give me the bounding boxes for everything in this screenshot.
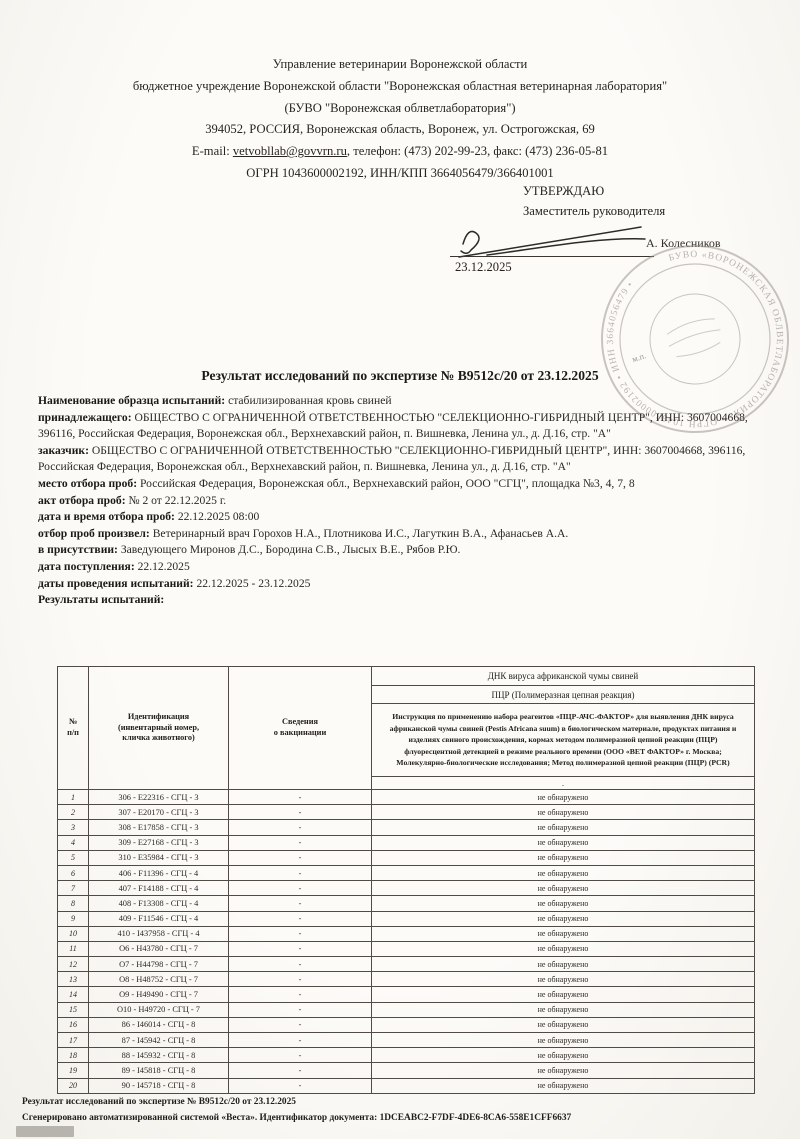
- row-result: не обнаружено: [372, 881, 755, 896]
- table-row: 11О6 - Н43780 - СГЦ - 7-не обнаружено: [58, 941, 755, 956]
- row-identification: 310 - E35984 - СГЦ - 3: [89, 850, 229, 865]
- org-address: 394052, РОССИЯ, Воронежская область, Вор…: [30, 119, 770, 141]
- table-row: 3308 - E17858 - СГЦ - 3-не обнаружено: [58, 820, 755, 835]
- row-number: 20: [58, 1078, 89, 1093]
- scan-artifact: [16, 1126, 74, 1137]
- row-number: 17: [58, 1033, 89, 1048]
- field-sampling-place: место отбора проб: Российская Федерация,…: [38, 476, 764, 493]
- table-row: 1686 - I46014 - СГЦ - 8-не обнаружено: [58, 1017, 755, 1032]
- phone-fax: , телефон: (473) 202-99-23, факс: (473) …: [347, 144, 608, 158]
- col-header-sub: .: [372, 777, 755, 790]
- field-label: дата поступления:: [38, 560, 135, 573]
- row-number: 10: [58, 926, 89, 941]
- col-header-identification: Идентификация (инвентарный номер, кличка…: [89, 667, 229, 790]
- row-vaccination: -: [229, 1078, 372, 1093]
- row-number: 18: [58, 1048, 89, 1063]
- field-value: 22.12.2025 - 23.12.2025: [196, 577, 310, 590]
- col-header-method: ПЦР (Полимеразная цепная реакция): [372, 686, 755, 704]
- row-number: 19: [58, 1063, 89, 1078]
- row-vaccination: -: [229, 957, 372, 972]
- approval-date: 23.12.2025: [455, 260, 512, 275]
- table-row: 6406 - F11396 - СГЦ - 4-не обнаружено: [58, 865, 755, 880]
- table-row: 13О8 - Н48752 - СГЦ - 7-не обнаружено: [58, 972, 755, 987]
- field-value: ОБЩЕСТВО С ОГРАНИЧЕННОЙ ОТВЕТСТВЕННОСТЬЮ…: [38, 411, 748, 441]
- field-label: акт отбора проб:: [38, 494, 126, 507]
- sample-info: Наименование образца испытаний: стабилиз…: [38, 393, 764, 609]
- row-identification: 307 - E20170 - СГЦ - 3: [89, 805, 229, 820]
- field-label: Наименование образца испытаний:: [38, 394, 225, 407]
- row-identification: 88 - I45932 - СГЦ - 8: [89, 1048, 229, 1063]
- document-title: Результат исследований по экспертизе № B…: [20, 368, 780, 384]
- row-vaccination: -: [229, 896, 372, 911]
- row-identification: 306 - E22316 - СГЦ - 3: [89, 790, 229, 805]
- row-number: 16: [58, 1017, 89, 1032]
- stamp-mp-label: м.п.: [631, 350, 648, 364]
- row-number: 1: [58, 790, 89, 805]
- table-row: 1888 - I45932 - СГЦ - 8-не обнаружено: [58, 1048, 755, 1063]
- row-vaccination: -: [229, 926, 372, 941]
- row-result: не обнаружено: [372, 896, 755, 911]
- row-identification: 90 - I45718 - СГЦ - 8: [89, 1078, 229, 1093]
- row-result: не обнаружено: [372, 972, 755, 987]
- field-sampling-act: акт отбора проб: № 2 от 22.12.2025 г.: [38, 493, 764, 510]
- row-result: не обнаружено: [372, 1048, 755, 1063]
- row-number: 4: [58, 835, 89, 850]
- field-witnesses: в присутствии: Заведующего Миронов Д.С.,…: [38, 542, 764, 559]
- org-name: бюджетное учреждение Воронежской области…: [30, 76, 770, 98]
- table-row: 14О9 - Н49490 - СГЦ - 7-не обнаружено: [58, 987, 755, 1002]
- table-row: 9409 - F11546 - СГЦ - 4-не обнаружено: [58, 911, 755, 926]
- org-authority: Управление ветеринарии Воронежской облас…: [30, 54, 770, 76]
- results-table-body: 1306 - E22316 - СГЦ - 3-не обнаружено230…: [58, 790, 755, 1094]
- row-vaccination: -: [229, 865, 372, 880]
- row-identification: 408 - F13308 - СГЦ - 4: [89, 896, 229, 911]
- email-label: E-mail:: [192, 144, 233, 158]
- footer-expertise-line: Результат исследований по экспертизе № B…: [22, 1095, 571, 1111]
- field-value: 22.12.2025 08:00: [178, 510, 259, 523]
- table-row: 10410 - I437958 - СГЦ - 4-не обнаружено: [58, 926, 755, 941]
- row-result: не обнаружено: [372, 805, 755, 820]
- row-number: 12: [58, 957, 89, 972]
- row-number: 13: [58, 972, 89, 987]
- row-identification: О9 - Н49490 - СГЦ - 7: [89, 987, 229, 1002]
- row-number: 2: [58, 805, 89, 820]
- table-row: 7407 - F14188 - СГЦ - 4-не обнаружено: [58, 881, 755, 896]
- row-number: 5: [58, 850, 89, 865]
- row-vaccination: -: [229, 972, 372, 987]
- field-owner: принадлежащего: ОБЩЕСТВО С ОГРАНИЧЕННОЙ …: [38, 410, 764, 443]
- row-vaccination: -: [229, 1048, 372, 1063]
- field-sampled-by: отбор проб произвел: Ветеринарный врач Г…: [38, 526, 764, 543]
- field-value: 22.12.2025: [138, 560, 190, 573]
- row-vaccination: -: [229, 881, 372, 896]
- row-vaccination: -: [229, 835, 372, 850]
- row-result: не обнаружено: [372, 850, 755, 865]
- row-vaccination: -: [229, 1033, 372, 1048]
- col-header-instruction: Инструкция по применению набора реагенто…: [372, 704, 755, 777]
- table-row: 12О7 - Н44798 - СГЦ - 7-не обнаружено: [58, 957, 755, 972]
- row-number: 7: [58, 881, 89, 896]
- letterhead: Управление ветеринарии Воронежской облас…: [30, 54, 770, 185]
- table-row: 1989 - I45818 - СГЦ - 8-не обнаружено: [58, 1063, 755, 1078]
- table-row: 15О10 - Н49720 - СГЦ - 7-не обнаружено: [58, 1002, 755, 1017]
- field-value: Ветеринарный врач Горохов Н.А., Плотнико…: [153, 527, 569, 540]
- row-identification: 87 - I45942 - СГЦ - 8: [89, 1033, 229, 1048]
- row-result: не обнаружено: [372, 1033, 755, 1048]
- table-row: 5310 - E35984 - СГЦ - 3-не обнаружено: [58, 850, 755, 865]
- row-result: не обнаружено: [372, 820, 755, 835]
- row-number: 8: [58, 896, 89, 911]
- field-value: № 2 от 22.12.2025 г.: [128, 494, 226, 507]
- results-caption: Результаты испытаний:: [38, 592, 764, 609]
- row-result: не обнаружено: [372, 835, 755, 850]
- col-header-number: № п/п: [58, 667, 89, 790]
- row-vaccination: -: [229, 790, 372, 805]
- row-result: не обнаружено: [372, 911, 755, 926]
- row-identification: 89 - I45818 - СГЦ - 8: [89, 1063, 229, 1078]
- field-value: Российская Федерация, Воронежская обл., …: [140, 477, 635, 490]
- row-result: не обнаружено: [372, 1078, 755, 1093]
- field-sampling-datetime: дата и время отбора проб: 22.12.2025 08:…: [38, 509, 764, 526]
- field-sample-name: Наименование образца испытаний: стабилиз…: [38, 393, 764, 410]
- field-label: дата и время отбора проб:: [38, 510, 175, 523]
- row-vaccination: -: [229, 941, 372, 956]
- row-number: 3: [58, 820, 89, 835]
- approval-label: УТВЕРЖДАЮ: [523, 181, 665, 201]
- row-identification: 410 - I437958 - СГЦ - 4: [89, 926, 229, 941]
- row-identification: О8 - Н48752 - СГЦ - 7: [89, 972, 229, 987]
- field-received-date: дата поступления: 22.12.2025: [38, 559, 764, 576]
- row-number: 15: [58, 1002, 89, 1017]
- field-label: место отбора проб:: [38, 477, 137, 490]
- table-row: 4309 - E27168 - СГЦ - 3-не обнаружено: [58, 835, 755, 850]
- row-identification: 86 - I46014 - СГЦ - 8: [89, 1017, 229, 1032]
- field-label: принадлежащего:: [38, 411, 132, 424]
- table-row: 1306 - E22316 - СГЦ - 3-не обнаружено: [58, 790, 755, 805]
- row-result: не обнаружено: [372, 865, 755, 880]
- scanned-document-page: Управление ветеринарии Воронежской облас…: [0, 0, 800, 1139]
- row-result: не обнаружено: [372, 987, 755, 1002]
- field-value: ОБЩЕСТВО С ОГРАНИЧЕННОЙ ОТВЕТСТВЕННОСТЬЮ…: [38, 444, 745, 474]
- row-result: не обнаружено: [372, 1063, 755, 1078]
- row-result: не обнаружено: [372, 941, 755, 956]
- col-header-vaccination: Сведения о вакцинации: [229, 667, 372, 790]
- org-contacts: E-mail: vetvobllab@govvrn.ru, телефон: (…: [30, 141, 770, 163]
- results-table: № п/п Идентификация (инвентарный номер, …: [57, 666, 754, 1094]
- table-row: 2090 - I45718 - СГЦ - 8-не обнаружено: [58, 1078, 755, 1093]
- table-row: 8408 - F13308 - СГЦ - 4-не обнаружено: [58, 896, 755, 911]
- row-vaccination: -: [229, 911, 372, 926]
- row-identification: 406 - F11396 - СГЦ - 4: [89, 865, 229, 880]
- field-value: стабилизированная кровь свиней: [228, 394, 392, 407]
- field-label: даты проведения испытаний:: [38, 577, 194, 590]
- row-vaccination: -: [229, 1017, 372, 1032]
- row-number: 6: [58, 865, 89, 880]
- document-footer: Результат исследований по экспертизе № B…: [22, 1095, 571, 1126]
- row-result: не обнаружено: [372, 790, 755, 805]
- field-value: Заведующего Миронов Д.С., Бородина С.В.,…: [121, 543, 461, 556]
- results-table-grid: № п/п Идентификация (инвентарный номер, …: [57, 666, 755, 1094]
- field-label: отбор проб произвел:: [38, 527, 150, 540]
- document-id: 1DCEABC2-F7DF-4DE6-8CA6-558E1CFF6637: [380, 1113, 572, 1123]
- row-identification: 409 - F11546 - СГЦ - 4: [89, 911, 229, 926]
- field-customer: заказчик: ОБЩЕСТВО С ОГРАНИЧЕННОЙ ОТВЕТС…: [38, 443, 764, 476]
- footer-generated-line: Сгенерировано автоматизированной системо…: [22, 1111, 571, 1127]
- footer-generated-label: Сгенерировано автоматизированной системо…: [22, 1113, 380, 1123]
- row-number: 9: [58, 911, 89, 926]
- row-result: не обнаружено: [372, 957, 755, 972]
- row-identification: О7 - Н44798 - СГЦ - 7: [89, 957, 229, 972]
- row-result: не обнаружено: [372, 1017, 755, 1032]
- email-link: vetvobllab@govvrn.ru: [233, 144, 347, 158]
- row-vaccination: -: [229, 805, 372, 820]
- table-row: 2307 - E20170 - СГЦ - 3-не обнаружено: [58, 805, 755, 820]
- row-identification: О6 - Н43780 - СГЦ - 7: [89, 941, 229, 956]
- field-test-dates: даты проведения испытаний: 22.12.2025 - …: [38, 576, 764, 593]
- row-vaccination: -: [229, 1002, 372, 1017]
- row-vaccination: -: [229, 987, 372, 1002]
- field-label: заказчик:: [38, 444, 89, 457]
- row-number: 11: [58, 941, 89, 956]
- col-header-test-name: ДНК вируса африканской чумы свиней: [372, 667, 755, 686]
- org-short-name: (БУВО "Воронежская облветлаборатория"): [30, 98, 770, 120]
- row-vaccination: -: [229, 820, 372, 835]
- row-identification: О10 - Н49720 - СГЦ - 7: [89, 1002, 229, 1017]
- table-row: 1787 - I45942 - СГЦ - 8-не обнаружено: [58, 1033, 755, 1048]
- row-vaccination: -: [229, 1063, 372, 1078]
- field-label: в присутствии:: [38, 543, 118, 556]
- row-result: не обнаружено: [372, 926, 755, 941]
- row-number: 14: [58, 987, 89, 1002]
- row-identification: 309 - E27168 - СГЦ - 3: [89, 835, 229, 850]
- row-result: не обнаружено: [372, 1002, 755, 1017]
- row-identification: 308 - E17858 - СГЦ - 3: [89, 820, 229, 835]
- row-identification: 407 - F14188 - СГЦ - 4: [89, 881, 229, 896]
- row-vaccination: -: [229, 850, 372, 865]
